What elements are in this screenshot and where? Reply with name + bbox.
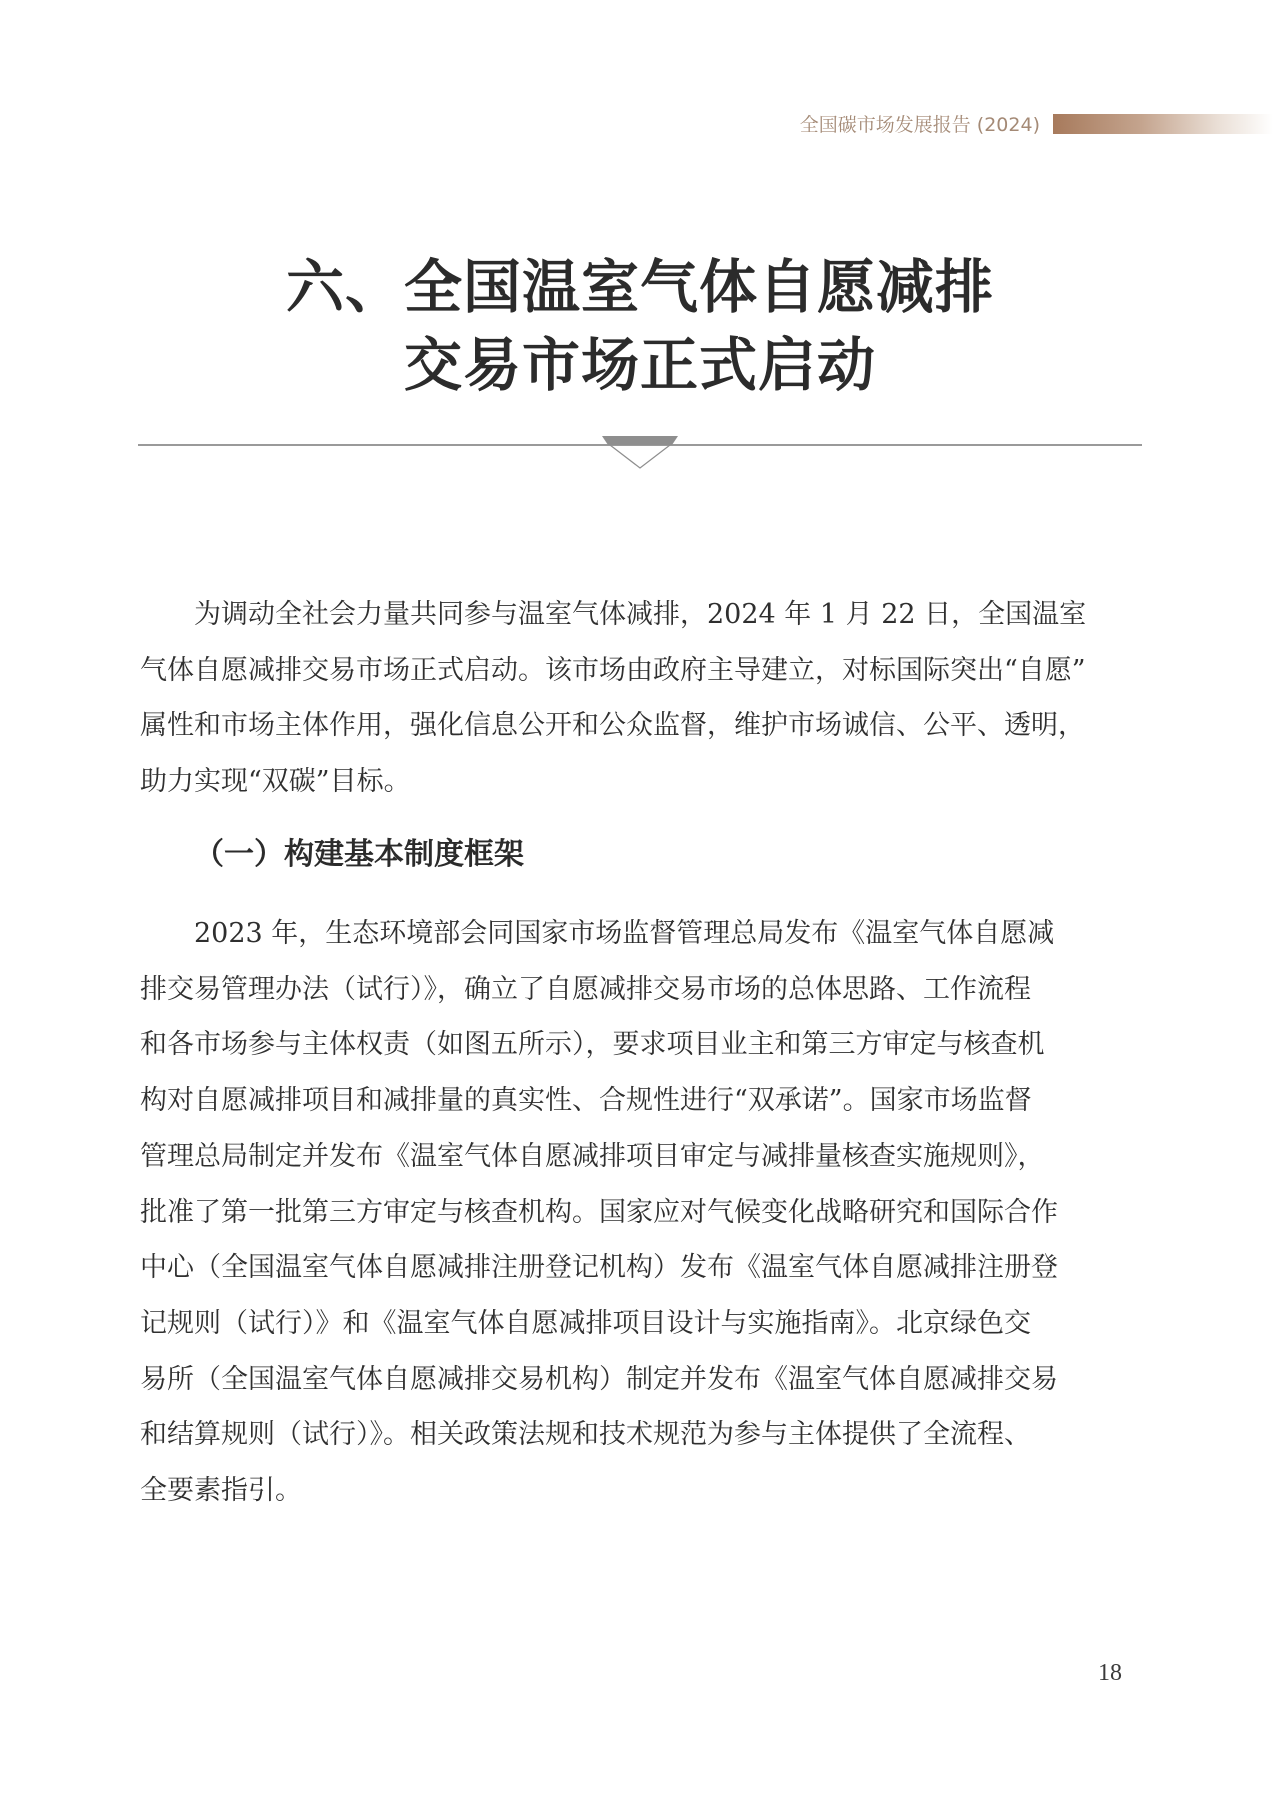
text-line: 属性和市场主体作用，强化信息公开和公众监督，维护市场诚信、公平、透明， [140, 698, 1138, 754]
chapter-title-line-2: 交易市场正式启动 [0, 326, 1280, 404]
text-line: 批准了第一批第三方审定与核查机构。国家应对气候变化战略研究和国际合作 [140, 1185, 1138, 1241]
running-header-bar [1053, 114, 1273, 134]
text-line: 记规则（试行）》和《温室气体自愿减排项目设计与实施指南》。北京绿色交 [140, 1296, 1138, 1352]
section-heading: （一）构建基本制度框架 [194, 830, 524, 880]
text-line: 全要素指引。 [140, 1463, 1138, 1519]
text-line: 易所（全国温室气体自愿减排交易机构）制定并发布《温室气体自愿减排交易 [140, 1352, 1138, 1408]
text-line: 管理总局制定并发布《温室气体自愿减排项目审定与减排量核查实施规则》， [140, 1129, 1138, 1185]
chapter-title-line-1: 六、全国温室气体自愿减排 [0, 248, 1280, 326]
text-line: 中心（全国温室气体自愿减排注册登记机构）发布《温室气体自愿减排注册登 [140, 1240, 1138, 1296]
triangle-ornament-icon [600, 435, 680, 471]
section-paragraph: 2023 年，生态环境部会同国家市场监督管理总局发布《温室气体自愿减 排交易管理… [140, 906, 1138, 1519]
text-line: 2023 年，生态环境部会同国家市场监督管理总局发布《温室气体自愿减 [140, 906, 1138, 962]
text-line: 和结算规则（试行）》。相关政策法规和技术规范为参与主体提供了全流程、 [140, 1407, 1138, 1463]
running-header-title: 全国碳市场发展报告 (2024) [700, 110, 1040, 137]
page-number: 18 [1098, 1660, 1122, 1687]
text-line: 构对自愿减排项目和减排量的真实性、合规性进行“双承诺”。国家市场监督 [140, 1073, 1138, 1129]
text-line: 助力实现“双碳”目标。 [140, 754, 1138, 810]
intro-paragraph: 为调动全社会力量共同参与温室气体减排，2024 年 1 月 22 日，全国温室 … [140, 587, 1138, 810]
chapter-title: 六、全国温室气体自愿减排 交易市场正式启动 [0, 248, 1280, 404]
text-line: 和各市场参与主体权责（如图五所示），要求项目业主和第三方审定与核查机 [140, 1017, 1138, 1073]
text-line: 气体自愿减排交易市场正式启动。该市场由政府主导建立，对标国际突出“自愿” [140, 643, 1138, 699]
text-line: 为调动全社会力量共同参与温室气体减排，2024 年 1 月 22 日，全国温室 [140, 587, 1138, 643]
text-line: 排交易管理办法（试行）》，确立了自愿减排交易市场的总体思路、工作流程 [140, 962, 1138, 1018]
